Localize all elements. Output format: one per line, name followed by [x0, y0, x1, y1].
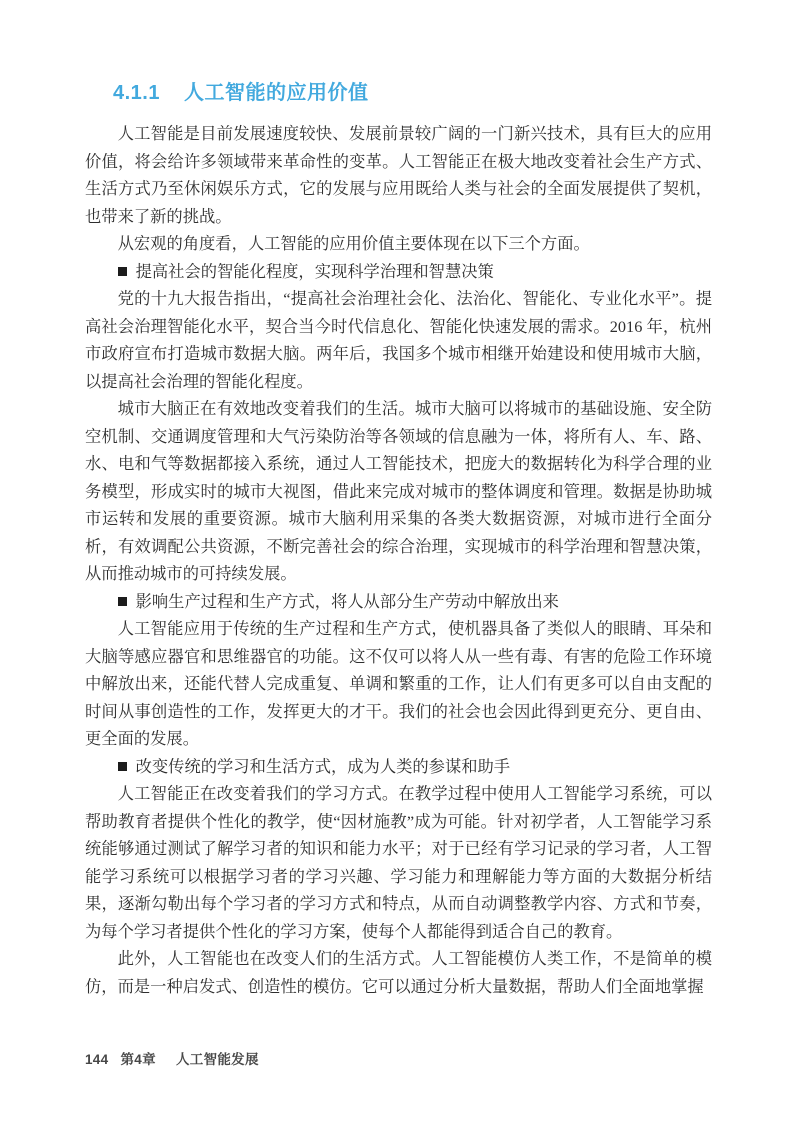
paragraph: 人工智能应用于传统的生产过程和生产方式，使机器具备了类似人的眼睛、耳朵和大脑等感… [85, 615, 712, 753]
bullet-square-icon [118, 762, 127, 771]
page-footer: 144 第4章 人工智能发展 [85, 1048, 259, 1068]
paragraph: 城市大脑正在有效地改变着我们的生活。城市大脑可以将城市的基础设施、安全防空机制、… [85, 395, 712, 588]
section-number: 4.1.1 [113, 82, 160, 104]
bullet-square-icon [118, 597, 127, 606]
body-text: 人工智能是目前发展速度较快、发展前景较广阔的一门新兴技术，具有巨大的应用价值，将… [85, 120, 712, 1000]
bullet-heading: 改变传统的学习和生活方式，成为人类的参谋和助手 [85, 753, 712, 781]
document-page: 4.1.1 人工智能的应用价值 人工智能是目前发展速度较快、发展前景较广阔的一门… [0, 0, 793, 1122]
paragraph: 从宏观的角度看，人工智能的应用价值主要体现在以下三个方面。 [85, 230, 712, 258]
bullet-heading: 影响生产过程和生产方式，将人从部分生产劳动中解放出来 [85, 588, 712, 616]
bullet-heading: 提高社会的智能化程度，实现科学治理和智慧决策 [85, 258, 712, 286]
chapter-label: 第4章 [121, 1052, 156, 1067]
paragraph: 人工智能是目前发展速度较快、发展前景较广阔的一门新兴技术，具有巨大的应用价值，将… [85, 120, 712, 230]
paragraph: 此外，人工智能也在改变人们的生活方式。人工智能模仿人类工作，不是简单的模仿，而是… [85, 945, 712, 1000]
bullet-square-icon [118, 267, 127, 276]
chapter-title: 人工智能发展 [176, 1052, 259, 1067]
page-number: 144 [85, 1052, 108, 1067]
paragraph: 人工智能正在改变着我们的学习方式。在教学过程中使用人工智能学习系统，可以帮助教育… [85, 780, 712, 945]
section-title: 人工智能的应用价值 [184, 82, 369, 104]
paragraph: 党的十九大报告指出，“提高社会治理社会化、法治化、智能化、专业化水平”。提高社会… [85, 285, 712, 395]
page-content: 4.1.1 人工智能的应用价值 人工智能是目前发展速度较快、发展前景较广阔的一门… [85, 80, 712, 1000]
section-heading: 4.1.1 人工智能的应用价值 [85, 80, 712, 106]
